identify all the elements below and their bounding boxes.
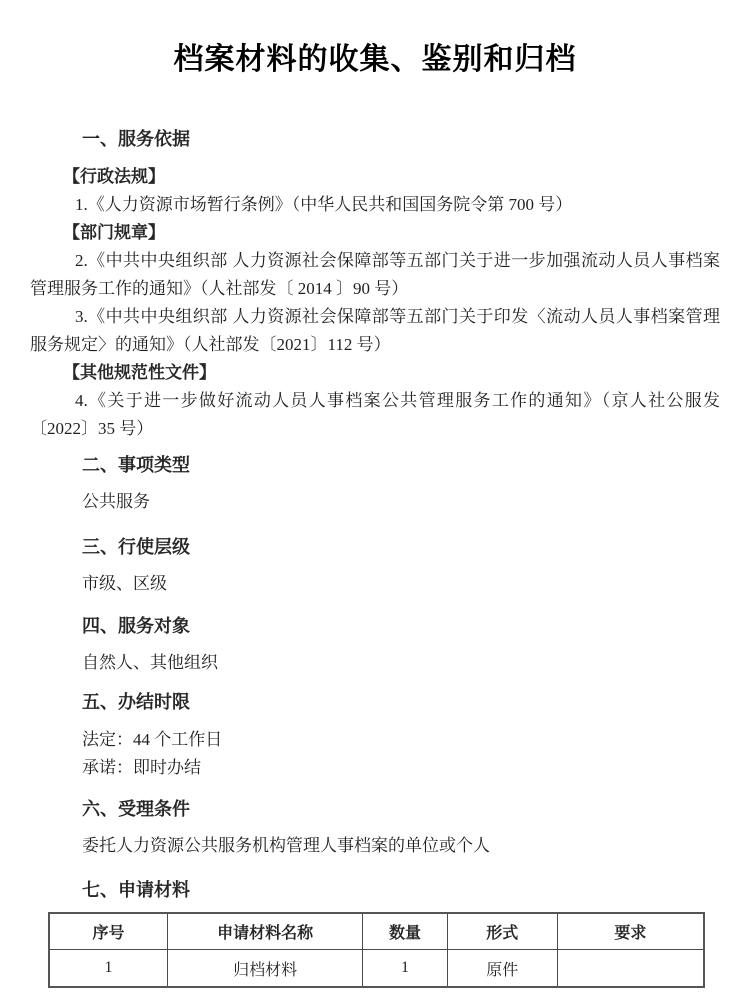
time-limit-promised: 承诺：即时办结 (82, 758, 201, 777)
materials-table-header-req: 要求 (557, 913, 704, 950)
service-target-value: 自然人、其他组织 (82, 650, 720, 676)
section-heading-item-type: 二、事项类型 (82, 453, 720, 477)
materials-table-header-form: 形式 (447, 913, 557, 950)
document-page: 档案材料的收集、鉴别和归档 一、服务依据 【行政法规】 1.《人力资源市场暂行条… (0, 0, 750, 992)
law-group-label-department-rules: 【部门规章】 (63, 219, 720, 247)
materials-cell-name: 归档材料 (168, 950, 363, 988)
section-heading-time-limit: 五、办结时限 (82, 690, 720, 714)
materials-cell-req (557, 950, 704, 988)
time-limit-statutory: 法定：44 个工作日 (82, 730, 222, 749)
materials-table-header-row: 序号 申请材料名称 数量 形式 要求 (49, 913, 704, 950)
section-time-limit: 五、办结时限 法定：44 个工作日承诺：即时办结 (30, 690, 720, 782)
materials-table: 序号 申请材料名称 数量 形式 要求 1 归档材料 1 原件 (48, 912, 705, 988)
section-heading-exercise-level: 三、行使层级 (82, 535, 720, 559)
section-application-materials: 七、申请材料 序号 申请材料名称 数量 形式 要求 1 归档材料 1 (30, 878, 720, 988)
law-reference-block: 【行政法规】 1.《人力资源市场暂行条例》（中华人民共和国国务院令第 700 号… (30, 163, 720, 443)
section-heading-acceptance-conditions: 六、受理条件 (82, 797, 720, 821)
section-service-target: 四、服务对象 自然人、其他组织 (30, 614, 720, 676)
law-group-label-other-normative-documents: 【其他规范性文件】 (63, 359, 720, 387)
section-exercise-level: 三、行使层级 市级、区级 (30, 535, 720, 597)
law-item-1: 1.《人力资源市场暂行条例》（中华人民共和国国务院令第 700 号） (30, 191, 720, 219)
materials-cell-qty: 1 (363, 950, 447, 988)
exercise-level-value: 市级、区级 (82, 571, 720, 597)
item-type-value: 公共服务 (82, 489, 720, 515)
materials-table-row-1: 1 归档材料 1 原件 (49, 950, 704, 988)
law-item-4: 4.《关于进一步做好流动人员人事档案公共管理服务工作的通知》（京人社公服发〔20… (30, 387, 720, 443)
section-item-type: 二、事项类型 公共服务 (30, 453, 720, 515)
page-title: 档案材料的收集、鉴别和归档 (30, 40, 720, 80)
law-item-2: 2.《中共中央组织部 人力资源社会保障部等五部门关于进一步加强流动人员人事档案管… (30, 247, 720, 303)
materials-table-header-seq: 序号 (49, 913, 168, 950)
time-limit-values: 法定：44 个工作日承诺：即时办结 (82, 726, 720, 782)
law-group-label-administrative-regulations: 【行政法规】 (63, 163, 720, 191)
section-acceptance-conditions: 六、受理条件 委托人力资源公共服务机构管理人事档案的单位或个人 (30, 797, 720, 859)
section-heading-service-target: 四、服务对象 (82, 614, 720, 638)
section-heading-service-basis: 一、服务依据 (82, 127, 720, 151)
materials-table-header-name: 申请材料名称 (168, 913, 363, 950)
materials-cell-form: 原件 (447, 950, 557, 988)
acceptance-conditions-value: 委托人力资源公共服务机构管理人事档案的单位或个人 (82, 833, 720, 859)
law-item-3: 3.《中共中央组织部 人力资源社会保障部等五部门关于印发〈流动人员人事档案管理服… (30, 303, 720, 359)
section-heading-application-materials: 七、申请材料 (82, 878, 720, 902)
materials-table-header-qty: 数量 (363, 913, 447, 950)
section-service-basis: 一、服务依据 【行政法规】 1.《人力资源市场暂行条例》（中华人民共和国国务院令… (30, 127, 720, 443)
materials-cell-seq: 1 (49, 950, 168, 988)
